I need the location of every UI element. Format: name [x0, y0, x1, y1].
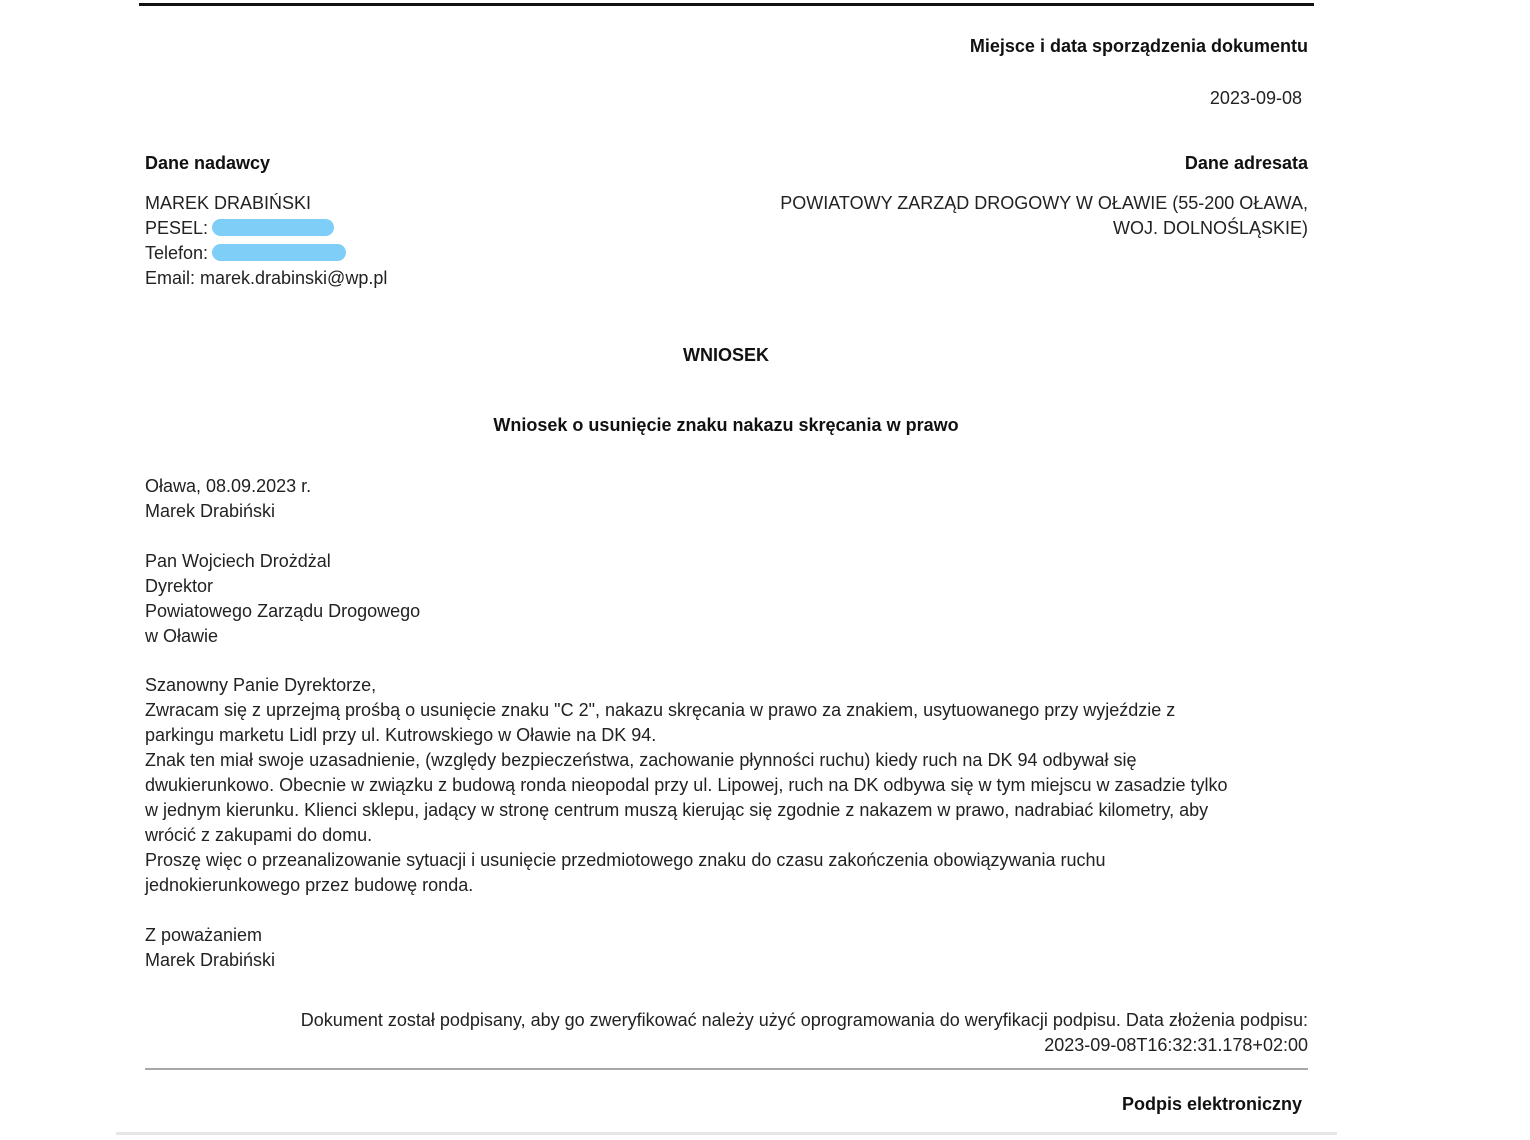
- recipient-details: POWIATOWY ZARZĄD DROGOWY W OŁAWIE (55-20…: [708, 191, 1308, 241]
- body-line: wrócić z zakupami do domu.: [145, 823, 1315, 848]
- document-date-heading: Miejsce i data sporządzenia dokumentu: [970, 34, 1308, 59]
- document-subject: Wniosek o usunięcie znaku nakazu skręcan…: [0, 413, 1452, 438]
- bottom-border-rule: [116, 1132, 1337, 1135]
- electronic-signature-label: Podpis elektroniczny: [1122, 1092, 1302, 1117]
- body-line: Proszę więc o przeanalizowanie sytuacji …: [145, 848, 1315, 873]
- addressee-line: Powiatowego Zarządu Drogowego: [145, 599, 420, 624]
- letter-place-date: Oława, 08.09.2023 r. Marek Drabiński: [145, 474, 311, 524]
- closing-line: Z poważaniem: [145, 923, 275, 948]
- sender-pesel: PESEL:: [145, 216, 387, 241]
- letter-body: Szanowny Panie Dyrektorze, Zwracam się z…: [145, 673, 1315, 898]
- signature-note-text: Dokument został podpisany, aby go zweryf…: [158, 1008, 1308, 1033]
- pesel-label: PESEL:: [145, 218, 208, 238]
- letter-closing: Z poważaniem Marek Drabiński: [145, 923, 275, 973]
- body-line: Znak ten miał swoje uzasadnienie, (wzglę…: [145, 748, 1315, 773]
- addressee-line: w Oławie: [145, 624, 420, 649]
- addressee-line: Dyrektor: [145, 574, 420, 599]
- recipient-line: WOJ. DOLNOŚLĄSKIE): [708, 216, 1308, 241]
- sender-name: MAREK DRABIŃSKI: [145, 191, 387, 216]
- phone-redaction: [212, 244, 346, 261]
- recipient-line: POWIATOWY ZARZĄD DROGOWY W OŁAWIE (55-20…: [708, 191, 1308, 216]
- document-type-title: WNIOSEK: [0, 343, 1452, 368]
- body-line: Szanowny Panie Dyrektorze,: [145, 673, 1315, 698]
- recipient-heading: Dane adresata: [1185, 151, 1308, 176]
- pesel-redaction: [212, 219, 334, 236]
- body-line: parkingu marketu Lidl przy ul. Kutrowski…: [145, 723, 1315, 748]
- phone-label: Telefon:: [145, 243, 208, 263]
- sender-details: MAREK DRABIŃSKI PESEL: Telefon: Email: m…: [145, 191, 387, 291]
- author-line: Marek Drabiński: [145, 499, 311, 524]
- closing-signature-name: Marek Drabiński: [145, 948, 275, 973]
- sender-email: Email: marek.drabinski@wp.pl: [145, 266, 387, 291]
- place-date-line: Oława, 08.09.2023 r.: [145, 474, 311, 499]
- sender-heading: Dane nadawcy: [145, 151, 270, 176]
- signature-notice: Dokument został podpisany, aby go zweryf…: [158, 1008, 1308, 1058]
- top-border-rule: [139, 3, 1314, 6]
- body-line: jednokierunkowego przez budowę ronda.: [145, 873, 1315, 898]
- signature-timestamp: 2023-09-08T16:32:31.178+02:00: [158, 1033, 1308, 1058]
- signature-separator: [145, 1068, 1308, 1070]
- sender-phone: Telefon:: [145, 241, 387, 266]
- body-line: Zwracam się z uprzejmą prośbą o usunięci…: [145, 698, 1315, 723]
- body-line: dwukierunkowo. Obecnie w związku z budow…: [145, 773, 1315, 798]
- addressee-line: Pan Wojciech Drożdżal: [145, 549, 420, 574]
- document-date: 2023-09-08: [1210, 86, 1302, 111]
- body-line: w jednym kierunku. Klienci sklepu, jadąc…: [145, 798, 1315, 823]
- letter-addressee: Pan Wojciech Drożdżal Dyrektor Powiatowe…: [145, 549, 420, 649]
